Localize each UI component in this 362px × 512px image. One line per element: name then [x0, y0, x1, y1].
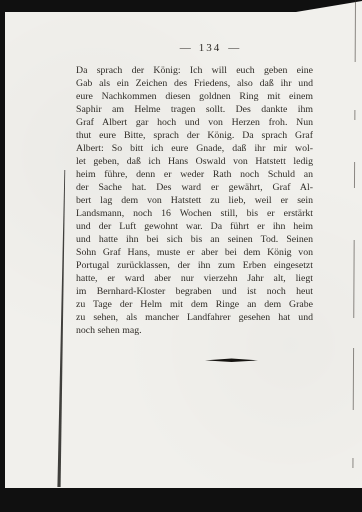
- text-line: Graf Albert gar hoch und von Herzen froh…: [76, 116, 313, 129]
- text-line: eure Nachkommen diesen goldnen Ring mit …: [76, 90, 313, 103]
- text-line: thut eure Bitte, sprach der König. Da sp…: [76, 129, 313, 142]
- text-line: let geben, daß ich Hans Oswald von Hatst…: [76, 155, 313, 168]
- text-line: Landsmann, noch 16 Wochen still, bis er …: [76, 207, 313, 220]
- text-line: bert lag dem von Hatstett zu lieb, weil …: [76, 194, 313, 207]
- text-line: Gab als ein Zeichen des Friedens, also d…: [76, 77, 313, 90]
- body-text: Da sprach der König: Ich will euch geben…: [76, 64, 313, 337]
- text-line: Da sprach der König: Ich will euch geben…: [76, 64, 313, 77]
- text-line: hatte, er ward aber nur vierzehn Jahr al…: [76, 272, 313, 285]
- text-line: zu Tage der Helm mit dem Ringe an dem Gr…: [76, 298, 313, 311]
- text-line: der Sache hat. Des ward er gewährt, Graf…: [76, 181, 313, 194]
- text-line: noch sehen mag.: [76, 324, 313, 337]
- header-dash-left: —: [180, 42, 192, 54]
- page-number: 134: [199, 42, 222, 54]
- page-corner-artifact: [296, 1, 362, 12]
- text-line: Saphir am Helme tragen sollt. Des dankte…: [76, 103, 313, 116]
- text-line: heim führe, denn er weder Rath noch Schu…: [76, 168, 313, 181]
- text-line: und der Luft gewohnt war. Da führt er ih…: [76, 220, 313, 233]
- text-line: zu sehen, als mancher Landfahrer gesehen…: [76, 311, 313, 324]
- scan-background: —134— Da sprach der König: Ich will euch…: [0, 0, 362, 512]
- text-line: Sohn Graf Hans, muste er aber bei dem Kö…: [76, 246, 313, 259]
- text-line: Portugal zurücklassen, der ihn zum Erben…: [76, 259, 313, 272]
- text-line: im Bernhard-Kloster begraben und ist noc…: [76, 285, 313, 298]
- text-line: Albert: So bitt ich eure Gnade, daß ihr …: [76, 142, 313, 155]
- text-line: und hatte ihn bei sich bis an seinen Tod…: [76, 233, 313, 246]
- page-header: —134—: [80, 42, 340, 54]
- header-dash-right: —: [228, 42, 240, 54]
